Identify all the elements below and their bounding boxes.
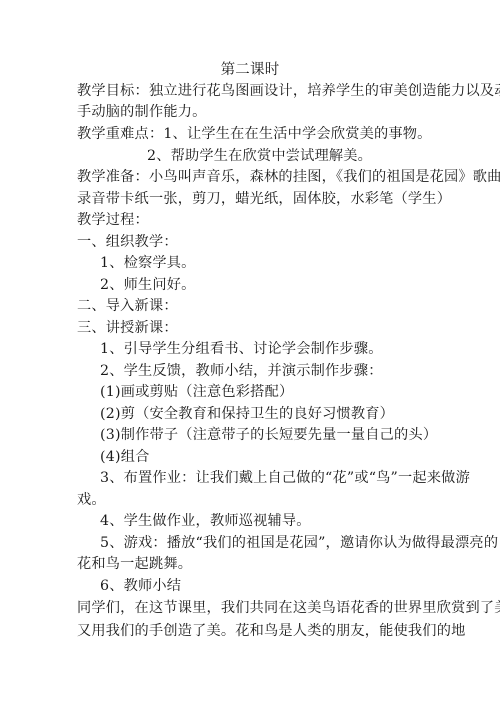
text-line: 3、布置作业：让我们戴上自己做的“花”或“鸟”一起来做游 bbox=[100, 468, 470, 489]
text-line: 2、帮助学生在欣赏中尝试理解美。 bbox=[147, 146, 372, 167]
text-line: 4、学生做作业，教师巡视辅导。 bbox=[100, 511, 311, 532]
text-line: 戏。 bbox=[77, 490, 106, 511]
text-line: 2、学生反馈，教师小结，并演示制作步骤： bbox=[100, 361, 383, 382]
text-line: (4)组合 bbox=[100, 447, 149, 468]
text-line: (2)剪（安全教育和保持卫生的良好习惯教育） bbox=[100, 404, 394, 425]
text-line: 录音带卡纸一张，剪刀，蜡光纸，固体胶，水彩笔（学生） bbox=[77, 189, 451, 210]
text-line: 2、师生问好。 bbox=[100, 275, 196, 296]
section-heading: 二、导入新课： bbox=[77, 296, 178, 317]
text-line: 教学过程： bbox=[77, 210, 149, 231]
document-page: 第二课时 教学目标：独立进行花鸟图画设计，培养学生的审美创造能力以及动 手动脑的… bbox=[0, 0, 500, 707]
text-line: 又用我们的手创造了美。花和鸟是人类的朋友，能使我们的地 bbox=[77, 621, 465, 642]
text-line: 教学目标：独立进行花鸟图画设计，培养学生的审美创造能力以及动 bbox=[77, 81, 500, 102]
text-line: 1、引导学生分组看书、讨论学会制作步骤。 bbox=[100, 339, 383, 360]
text-line: (3)制作带子（注意带子的长短要先量一量自己的头） bbox=[100, 425, 437, 446]
text-line: 1、检察学具。 bbox=[100, 253, 196, 274]
text-line: 花和鸟一起跳舞。 bbox=[77, 554, 192, 575]
text-line: 同学们，在这节课里，我们共同在这美鸟语花香的世界里欣赏到了美， bbox=[77, 598, 500, 619]
text-line: (1)画或剪贴（注意色彩搭配） bbox=[100, 382, 293, 403]
section-heading: 三、讲授新课： bbox=[77, 318, 178, 339]
lesson-title: 第二课时 bbox=[0, 60, 500, 81]
text-line: 教学准备：小鸟叫声音乐，森林的挂图，《我们的祖国是花园》歌曲 bbox=[77, 167, 500, 188]
text-line: 教学重难点：1、让学生在在生活中学会欣赏美的事物。 bbox=[77, 124, 432, 145]
text-line: 6、教师小结 bbox=[100, 576, 181, 597]
text-line: 手动脑的制作能力。 bbox=[77, 102, 207, 123]
section-heading: 一、组织教学： bbox=[77, 232, 178, 253]
text-line: 5、游戏：播放“我们的祖国是花园”，邀请你认为做得最漂亮的 bbox=[100, 533, 498, 554]
